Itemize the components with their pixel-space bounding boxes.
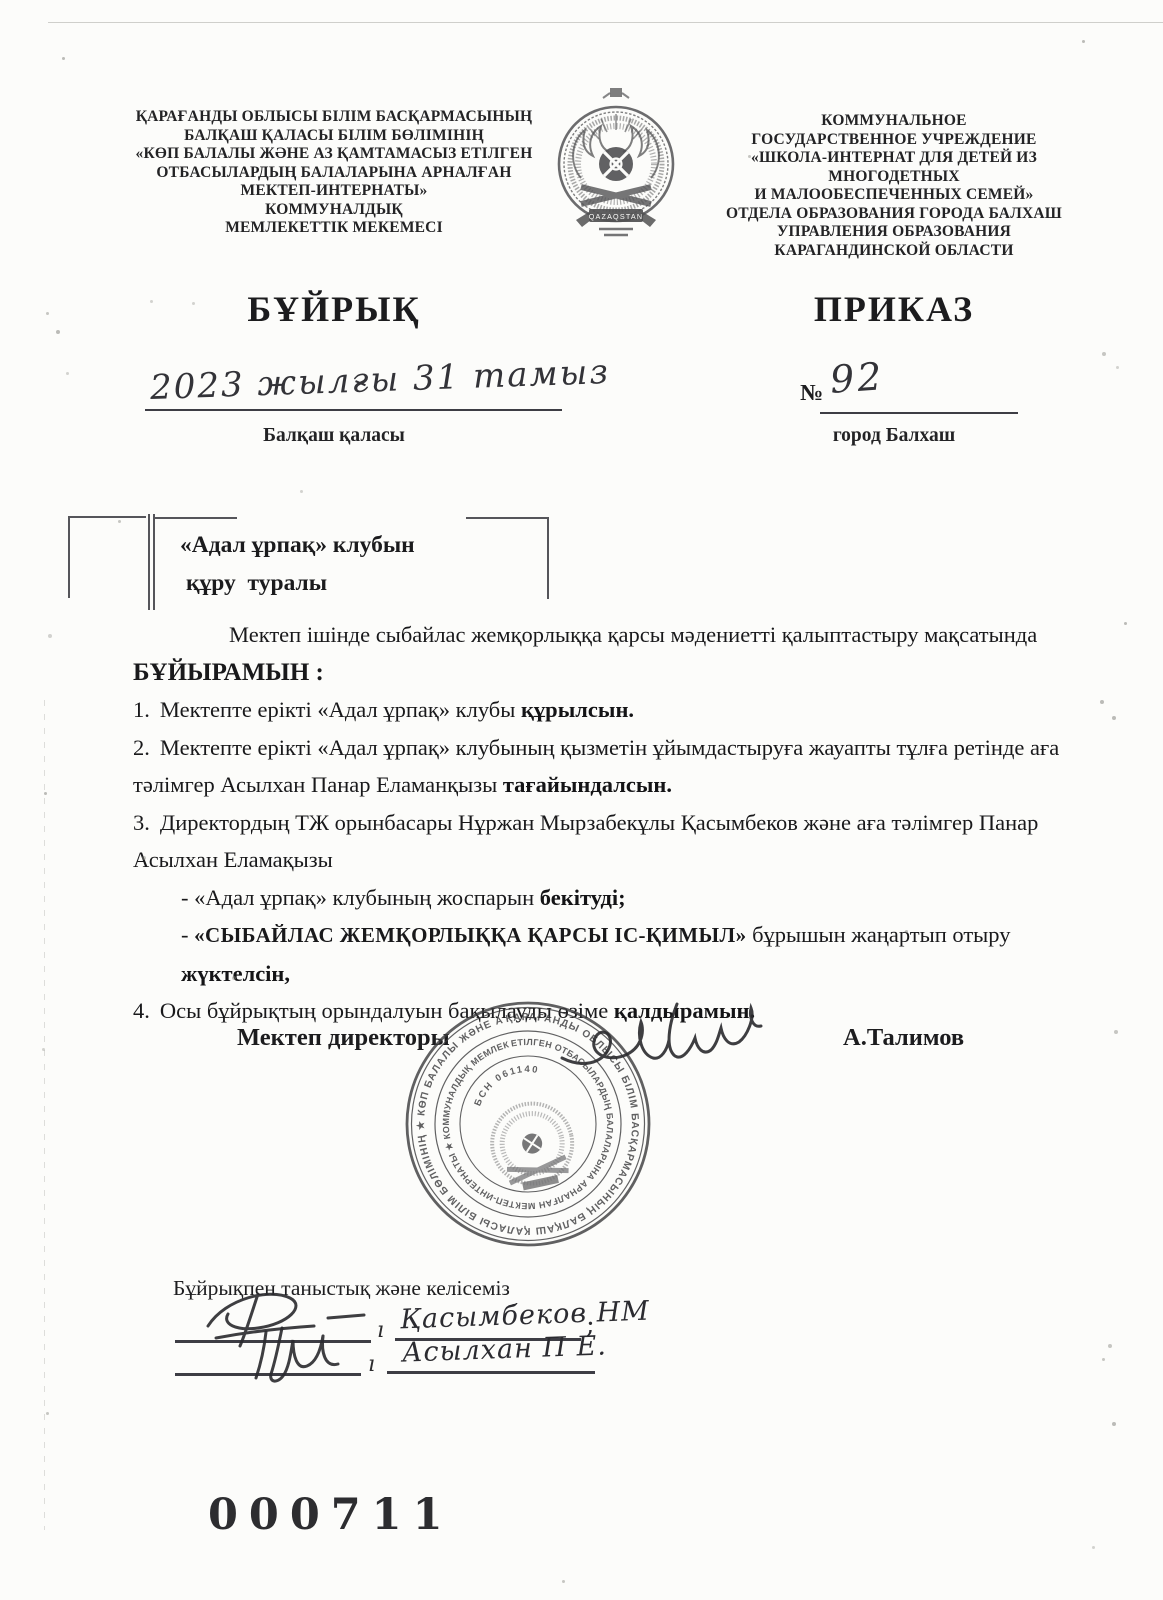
frame-mark	[466, 517, 549, 519]
frame-mark	[547, 517, 549, 599]
scan-speckle	[192, 302, 195, 305]
place-label-kazakh: Балқаш қаласы	[128, 425, 540, 447]
frame-mark	[155, 517, 237, 519]
scan-speckle	[1114, 1030, 1118, 1034]
handwritten-name-1: Қасымбеков НМ	[400, 1296, 651, 1336]
scan-speckle	[1108, 1344, 1112, 1348]
scan-speckle	[1100, 700, 1104, 704]
scan-speckle	[56, 330, 60, 334]
number-sign: №	[800, 380, 823, 406]
scan-speckle	[1102, 1358, 1105, 1361]
scan-speckle	[1116, 366, 1119, 369]
scan-speckle	[232, 976, 236, 980]
subject-line1: «Адал ұрпақ» клубын	[180, 526, 415, 564]
scan-speckle	[1112, 1422, 1116, 1426]
agreement-line-2b	[387, 1371, 595, 1374]
handwritten-date: 2023 жылғы 31 тамыз	[149, 352, 610, 408]
scan-speckle	[42, 1048, 45, 1051]
frame-mark	[68, 516, 70, 598]
frame-mark	[68, 516, 146, 518]
scan-speckle	[300, 490, 303, 493]
subject-line2: құру туралы	[180, 564, 415, 602]
order-subitem-1: - «Адал ұрпақ» клубының жоспарын бекітуд…	[133, 879, 1081, 917]
agreement-tick-2: ı	[368, 1352, 375, 1377]
scan-speckle	[142, 856, 146, 860]
order-subitem-2: - «СЫБАЙЛАС ЖЕМҚОРЛЫҚҚА ҚАРСЫ ІС-ҚИМЫЛ» …	[133, 916, 1081, 992]
scan-speckle	[1112, 716, 1116, 720]
date-underline	[145, 409, 562, 411]
scan-speckle	[44, 792, 47, 795]
scan-speckle	[150, 300, 153, 303]
handwritten-name-2: Асылхан П Е.	[402, 1330, 608, 1368]
scan-speckle	[748, 155, 751, 158]
handwritten-order-number: 92	[829, 354, 886, 402]
serial-number: 000711	[208, 1490, 454, 1540]
scan-edge-line	[48, 22, 1163, 23]
order-body: Мектеп ішінде сыбайлас жемқорлыққа қарсы…	[133, 616, 1081, 1030]
order-item-3: 3.Директордың ТЖ орынбасары Нұржан Мырза…	[133, 804, 1081, 879]
place-label-russian: город Балхаш	[690, 425, 1098, 447]
kazakhstan-emblem-icon: QAZAQSTAN	[551, 86, 681, 246]
order-title-russian: ПРИКАЗ	[690, 288, 1098, 330]
scan-speckle	[118, 520, 121, 523]
frame-mark	[148, 514, 150, 610]
emblem-banner-text: QAZAQSTAN	[589, 212, 644, 221]
scan-speckle	[1102, 352, 1106, 356]
director-name: А.Талимов	[843, 1024, 964, 1052]
intro-paragraph: Мектеп ішінде сыбайлас жемқорлыққа қарсы…	[133, 616, 1081, 691]
scan-edge-dots	[44, 700, 45, 1530]
org-name-kazakh: ҚАРАҒАНДЫ ОБЛЫСЫ БІЛІМ БАСҚАРМАСЫНЫҢ БАЛ…	[128, 108, 540, 238]
scan-speckle	[1082, 40, 1085, 43]
scan-speckle	[46, 1412, 49, 1415]
scan-speckle	[46, 312, 49, 315]
scan-speckle	[1092, 1546, 1095, 1549]
scanned-order-page: ҚАРАҒАНДЫ ОБЛЫСЫ БІЛІМ БАСҚАРМАСЫНЫҢ БАЛ…	[0, 0, 1163, 1600]
order-subject: «Адал ұрпақ» клубын құру туралы	[180, 526, 415, 602]
scan-speckle	[562, 1580, 565, 1583]
intro-keyword: БҰЙЫРАМЫН :	[133, 659, 324, 686]
intro-text: Мектеп ішінде сыбайлас жемқорлыққа қарсы…	[229, 622, 1037, 647]
scan-speckle	[905, 930, 908, 933]
director-signature	[556, 998, 768, 1076]
org-name-russian: КОММУНАЛЬНОЕ ГОСУДАРСТВЕННОЕ УЧРЕЖДЕНИЕ …	[690, 112, 1098, 260]
frame-mark	[153, 514, 155, 610]
number-underline	[820, 412, 1018, 414]
order-item-1: 1.Мектепте ерікті «Адал ұрпақ» клубы құр…	[133, 691, 1081, 729]
scan-speckle	[62, 57, 65, 60]
order-item-2: 2.Мектепте ерікті «Адал ұрпақ» клубының …	[133, 729, 1081, 804]
scan-speckle	[1124, 622, 1127, 625]
order-title-kazakh: БҰЙРЫҚ	[128, 288, 540, 330]
scan-speckle	[66, 372, 69, 375]
agreement-signature-2	[246, 1322, 366, 1386]
scan-speckle	[48, 634, 52, 638]
